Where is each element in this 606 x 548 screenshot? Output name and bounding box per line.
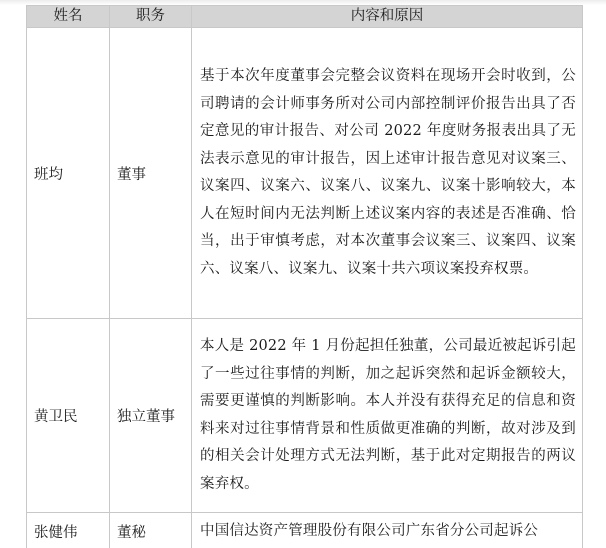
- abstention-table: 姓名 职务 内容和原因 班均 董事 基于本次年度董事会完整会议资料在现场开会时收…: [26, 5, 583, 548]
- header-name: 姓名: [27, 6, 110, 28]
- cell-name: 班均: [27, 28, 110, 319]
- cell-position: 董事: [110, 28, 192, 319]
- cell-content: 基于本次年度董事会完整会议资料在现场开会时收到，公司聘请的会计师事务所对公司内部…: [192, 28, 583, 319]
- header-content-reason: 内容和原因: [192, 6, 583, 28]
- cell-position: 董秘: [110, 513, 192, 548]
- cell-name: 黄卫民: [27, 319, 110, 513]
- table-row: 班均 董事 基于本次年度董事会完整会议资料在现场开会时收到，公司聘请的会计师事务…: [27, 28, 583, 319]
- cell-name: 张健伟: [27, 513, 110, 548]
- cell-position: 独立董事: [110, 319, 192, 513]
- cell-content: 中国信达资产管理股份有限公司广东省分公司起诉公: [192, 513, 583, 548]
- header-position: 职务: [110, 6, 192, 28]
- cell-content: 本人是 2022 年 1 月份起担任独董，公司最近被起诉引起了一些过往事情的判断…: [192, 319, 583, 513]
- table-row: 黄卫民 独立董事 本人是 2022 年 1 月份起担任独董，公司最近被起诉引起了…: [27, 319, 583, 513]
- table-row: 张健伟 董秘 中国信达资产管理股份有限公司广东省分公司起诉公: [27, 513, 583, 548]
- table-header: 姓名 职务 内容和原因: [27, 6, 583, 28]
